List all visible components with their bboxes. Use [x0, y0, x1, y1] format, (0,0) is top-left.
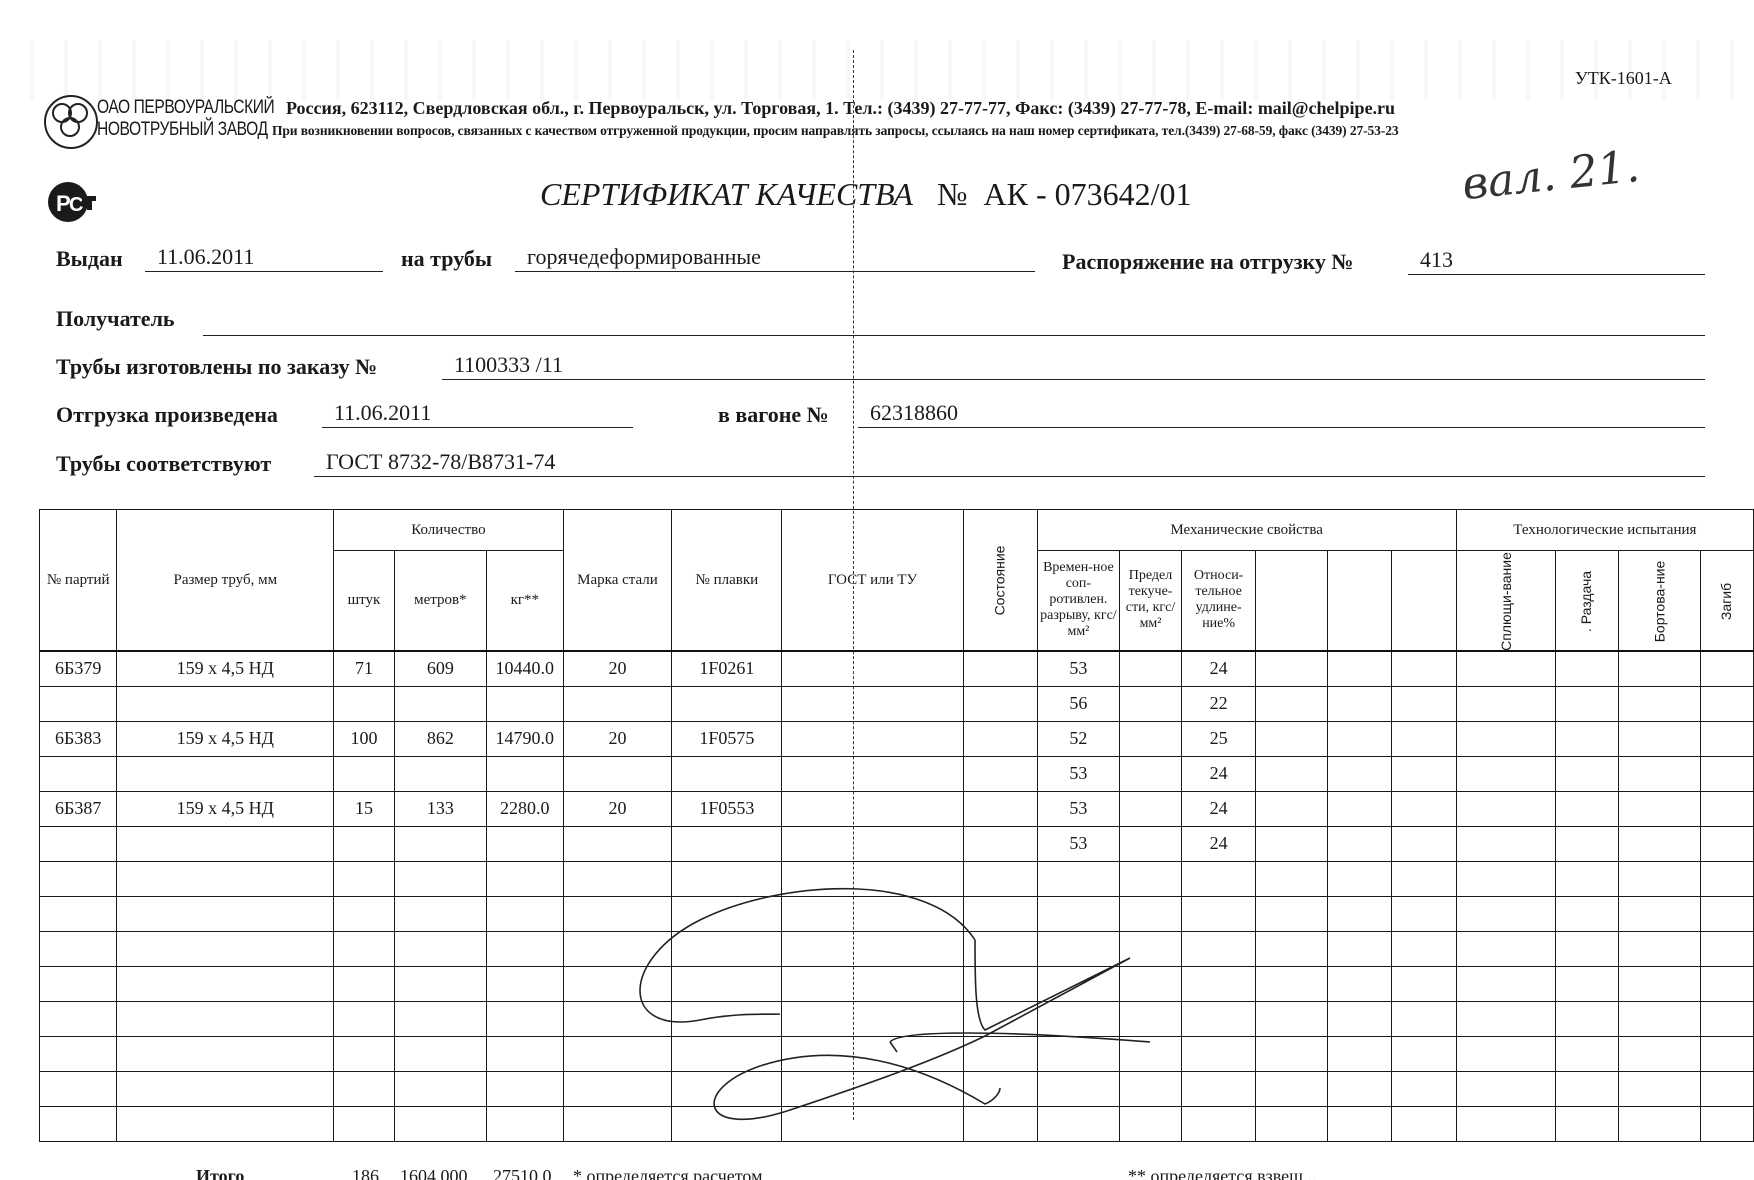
cell-size — [117, 1071, 334, 1106]
cell-yield — [1120, 721, 1182, 756]
cell-pieces — [334, 686, 394, 721]
certificate-title: СЕРТИФИКАТ КАЧЕСТВА № АК - 073642/01 — [540, 176, 1191, 213]
cell-tensile — [1037, 1071, 1120, 1106]
cell-pieces: 15 — [334, 791, 394, 826]
cell-kg — [486, 826, 563, 861]
cell-size: 159 х 4,5 НД — [117, 651, 334, 687]
cell-batch — [40, 1036, 117, 1071]
cell-m5 — [1328, 756, 1392, 791]
cell-kg — [486, 1106, 563, 1141]
cell-size — [117, 1001, 334, 1036]
cell-size: 159 х 4,5 НД — [117, 791, 334, 826]
cell-elongation: 24 — [1181, 791, 1256, 826]
cell-kg — [486, 756, 563, 791]
cell-t2 — [1556, 651, 1618, 687]
cell-t4 — [1701, 1036, 1754, 1071]
cell-meters — [394, 1106, 486, 1141]
cell-pieces: 71 — [334, 651, 394, 687]
cell-batch — [40, 686, 117, 721]
header-yield: Предел текуче-сти, кгс/мм² — [1120, 551, 1182, 651]
cell-t3 — [1618, 686, 1701, 721]
cell-m5 — [1328, 826, 1392, 861]
cell-pieces — [334, 756, 394, 791]
cell-tensile — [1037, 1106, 1120, 1141]
cell-m6 — [1391, 826, 1456, 861]
cell-heat — [672, 1106, 782, 1141]
totals-kg: 27510.0 — [493, 1166, 552, 1180]
cell-meters — [394, 1071, 486, 1106]
cell-m5 — [1328, 721, 1392, 756]
cell-t2 — [1556, 1001, 1618, 1036]
cell-batch: 6Б379 — [40, 651, 117, 687]
handwritten-note: вал. 21. — [1460, 141, 1642, 210]
cell-t2 — [1556, 861, 1618, 896]
cell-elongation: 24 — [1181, 651, 1256, 687]
cell-condition — [963, 721, 1037, 756]
certificate-number-sign: № — [937, 176, 968, 212]
cell-m5 — [1328, 791, 1392, 826]
cell-size — [117, 896, 334, 931]
cell-kg — [486, 1036, 563, 1071]
pipes-label: на трубы — [401, 246, 492, 272]
cell-kg — [486, 966, 563, 1001]
form-code: УТК-1601-А — [1575, 68, 1672, 89]
cell-m4 — [1256, 966, 1328, 1001]
cell-condition — [963, 651, 1037, 687]
cell-t4 — [1701, 966, 1754, 1001]
cell-heat — [672, 686, 782, 721]
cell-t3 — [1618, 896, 1701, 931]
cell-yield — [1120, 651, 1182, 687]
cell-t1 — [1456, 896, 1556, 931]
shipping-order-field[interactable]: 413 — [1408, 247, 1705, 275]
standard-field[interactable]: ГОСТ 8732-78/В8731-74 — [314, 449, 1705, 477]
cell-t1 — [1456, 651, 1556, 687]
cell-heat — [672, 896, 782, 931]
cell-pieces — [334, 896, 394, 931]
cell-kg — [486, 1001, 563, 1036]
cell-elongation: 24 — [1181, 756, 1256, 791]
cell-steel — [563, 1001, 672, 1036]
cell-yield — [1120, 931, 1182, 966]
cell-elongation: 22 — [1181, 686, 1256, 721]
cell-t1 — [1456, 686, 1556, 721]
rst-certification-icon: Р С — [38, 170, 98, 230]
scan-noise — [0, 40, 1754, 100]
table-row — [40, 861, 1754, 896]
cell-batch — [40, 826, 117, 861]
cell-condition — [963, 1001, 1037, 1036]
cell-gost — [782, 966, 963, 1001]
cell-condition — [963, 791, 1037, 826]
cell-m4 — [1256, 651, 1328, 687]
cell-elongation — [1181, 931, 1256, 966]
cell-t3 — [1618, 756, 1701, 791]
cell-condition — [963, 896, 1037, 931]
cell-m4 — [1256, 1001, 1328, 1036]
cell-heat: 1F0553 — [672, 791, 782, 826]
header-bending-label: Загиб — [1720, 583, 1735, 620]
cell-m6 — [1391, 1106, 1456, 1141]
cell-t4 — [1701, 791, 1754, 826]
cell-pieces — [334, 931, 394, 966]
header-mechanical: Механические свойства — [1037, 510, 1456, 551]
cell-elongation — [1181, 1071, 1256, 1106]
cell-heat — [672, 861, 782, 896]
cell-size — [117, 686, 334, 721]
cell-t1 — [1456, 721, 1556, 756]
header-gost: ГОСТ или ТУ — [782, 510, 963, 651]
cell-t2 — [1556, 931, 1618, 966]
cell-heat — [672, 1001, 782, 1036]
cell-steel — [563, 686, 672, 721]
cell-t2 — [1556, 826, 1618, 861]
cell-t4 — [1701, 861, 1754, 896]
cell-gost — [782, 721, 963, 756]
cell-elongation — [1181, 861, 1256, 896]
made-by-order-label: Трубы изготовлены по заказу № — [56, 354, 377, 380]
cell-steel: 20 — [563, 721, 672, 756]
cell-m6 — [1391, 756, 1456, 791]
certificate-number: АК - 073642/01 — [983, 176, 1191, 212]
cell-t1 — [1456, 1001, 1556, 1036]
cell-t1 — [1456, 861, 1556, 896]
header-batch: № партий — [40, 510, 117, 651]
cell-m5 — [1328, 686, 1392, 721]
cell-gost — [782, 651, 963, 687]
header-elongation: Относи-тельное удлине-ние% — [1181, 551, 1256, 651]
cell-heat: 1F0575 — [672, 721, 782, 756]
cell-steel — [563, 1071, 672, 1106]
recipient-field[interactable] — [203, 308, 1705, 336]
cell-elongation — [1181, 1001, 1256, 1036]
table-row — [40, 1106, 1754, 1141]
cell-tensile — [1037, 966, 1120, 1001]
footnote-weighed: ** определяется взвеш... — [1128, 1166, 1317, 1180]
cell-m4 — [1256, 791, 1328, 826]
cell-size — [117, 931, 334, 966]
footnote-calculated: * определяется расчетом — [573, 1166, 762, 1180]
cell-m6 — [1391, 1071, 1456, 1106]
header-expansion-label: . Раздача — [1580, 571, 1595, 632]
cell-yield — [1120, 1036, 1182, 1071]
cell-heat — [672, 1071, 782, 1106]
header-flanging: Бортова-ние — [1618, 551, 1701, 651]
table-body: 6Б379159 х 4,5 НД7160910440.0201F0261532… — [40, 651, 1754, 1142]
cell-m6 — [1391, 721, 1456, 756]
cell-kg: 14790.0 — [486, 721, 563, 756]
cell-m5 — [1328, 1036, 1392, 1071]
cell-batch — [40, 931, 117, 966]
fold-line — [853, 50, 854, 1120]
cell-batch — [40, 861, 117, 896]
cell-condition — [963, 1106, 1037, 1141]
cell-size — [117, 861, 334, 896]
cell-size — [117, 1106, 334, 1141]
cell-t2 — [1556, 791, 1618, 826]
cell-meters — [394, 826, 486, 861]
cell-size — [117, 756, 334, 791]
header-meters: метров* — [394, 551, 486, 651]
cell-t2 — [1556, 896, 1618, 931]
cell-m5 — [1328, 966, 1392, 1001]
cell-gost — [782, 896, 963, 931]
cell-meters — [394, 686, 486, 721]
cell-gost — [782, 826, 963, 861]
cell-steel — [563, 896, 672, 931]
header-pieces: штук — [334, 551, 394, 651]
cell-condition — [963, 756, 1037, 791]
header-kg: кг** — [486, 551, 563, 651]
cell-pieces — [334, 826, 394, 861]
cell-t3 — [1618, 651, 1701, 687]
table-row: 5622 — [40, 686, 1754, 721]
cell-elongation — [1181, 1036, 1256, 1071]
cell-kg — [486, 1071, 563, 1106]
cell-gost — [782, 1001, 963, 1036]
table-row: 5324 — [40, 826, 1754, 861]
cell-t4 — [1701, 1001, 1754, 1036]
shipping-order-label: Распоряжение на отгрузку № — [1062, 249, 1354, 275]
cell-t1 — [1456, 1071, 1556, 1106]
cell-m4 — [1256, 931, 1328, 966]
cell-t2 — [1556, 1071, 1618, 1106]
cell-m5 — [1328, 931, 1392, 966]
cell-gost — [782, 756, 963, 791]
cell-steel — [563, 1106, 672, 1141]
cell-meters — [394, 756, 486, 791]
header-row-1: № партий Размер труб, мм Количество Марк… — [40, 510, 1754, 551]
cell-pieces — [334, 966, 394, 1001]
cell-t4 — [1701, 686, 1754, 721]
cell-t1 — [1456, 931, 1556, 966]
cell-gost — [782, 791, 963, 826]
company-address: Россия, 623112, Свердловская обл., г. Пе… — [286, 98, 1395, 119]
cell-m4 — [1256, 1071, 1328, 1106]
table-row — [40, 966, 1754, 1001]
cell-heat: 1F0261 — [672, 651, 782, 687]
cell-t4 — [1701, 1106, 1754, 1141]
cell-heat — [672, 826, 782, 861]
cell-batch: 6Б387 — [40, 791, 117, 826]
pipes-type-field[interactable]: горячедеформированные — [515, 244, 1035, 272]
cell-pieces — [334, 1071, 394, 1106]
cell-gost — [782, 931, 963, 966]
company-name-line1: ОАО ПЕРВОУРАЛЬСКИЙ — [97, 97, 274, 119]
cell-t2 — [1556, 756, 1618, 791]
cell-m6 — [1391, 1001, 1456, 1036]
company-name: ОАО ПЕРВОУРАЛЬСКИЙ НОВОТРУБНЫЙ ЗАВОД — [97, 97, 274, 141]
cell-meters: 133 — [394, 791, 486, 826]
table-row — [40, 931, 1754, 966]
header-bending: Загиб — [1701, 551, 1754, 651]
shipped-date-field[interactable]: 11.06.2011 — [322, 400, 633, 428]
cell-yield — [1120, 1001, 1182, 1036]
header-heat: № плавки — [672, 510, 782, 651]
cell-t4 — [1701, 896, 1754, 931]
cell-condition — [963, 1071, 1037, 1106]
header-expansion: . Раздача — [1556, 551, 1618, 651]
cell-t1 — [1456, 966, 1556, 1001]
cell-heat — [672, 1036, 782, 1071]
cell-t3 — [1618, 861, 1701, 896]
cell-heat — [672, 931, 782, 966]
cell-yield — [1120, 791, 1182, 826]
cell-m4 — [1256, 1036, 1328, 1071]
cell-tensile — [1037, 896, 1120, 931]
cell-t3 — [1618, 966, 1701, 1001]
cell-steel — [563, 931, 672, 966]
cell-t3 — [1618, 1001, 1701, 1036]
company-name-line2: НОВОТРУБНЫЙ ЗАВОД — [97, 119, 274, 141]
cell-yield — [1120, 966, 1182, 1001]
cell-tensile — [1037, 1036, 1120, 1071]
cell-heat — [672, 756, 782, 791]
table-row: 6Б383159 х 4,5 НД10086214790.0201F057552… — [40, 721, 1754, 756]
cell-tensile: 53 — [1037, 651, 1120, 687]
header-steel: Марка стали — [563, 510, 672, 651]
cell-t1 — [1456, 1036, 1556, 1071]
cell-tensile: 53 — [1037, 756, 1120, 791]
cell-t2 — [1556, 686, 1618, 721]
header-condition: Состояние — [963, 510, 1037, 651]
header-technological: Технологические испытания — [1456, 510, 1753, 551]
cell-kg: 2280.0 — [486, 791, 563, 826]
cell-batch: 6Б383 — [40, 721, 117, 756]
cell-m5 — [1328, 1106, 1392, 1141]
cell-tensile — [1037, 861, 1120, 896]
cell-elongation: 25 — [1181, 721, 1256, 756]
cell-batch — [40, 896, 117, 931]
cell-m4 — [1256, 826, 1328, 861]
certificate-title-label: СЕРТИФИКАТ КАЧЕСТВА — [540, 176, 913, 212]
cell-batch — [40, 1001, 117, 1036]
cell-m4 — [1256, 861, 1328, 896]
cell-steel: 20 — [563, 791, 672, 826]
cell-m6 — [1391, 651, 1456, 687]
cell-m4 — [1256, 721, 1328, 756]
header-quantity: Количество — [334, 510, 563, 551]
header-condition-label: Состояние — [993, 546, 1008, 616]
cell-steel — [563, 1036, 672, 1071]
cell-tensile: 52 — [1037, 721, 1120, 756]
cell-m6 — [1391, 791, 1456, 826]
cell-t1 — [1456, 826, 1556, 861]
header-flattening-label: Сплющи-вание — [1499, 552, 1514, 651]
cell-m4 — [1256, 1106, 1328, 1141]
cell-batch — [40, 966, 117, 1001]
svg-text:С: С — [69, 194, 83, 216]
table-row: 5324 — [40, 756, 1754, 791]
header-size: Размер труб, мм — [117, 510, 334, 651]
cell-meters: 609 — [394, 651, 486, 687]
cell-m4 — [1256, 756, 1328, 791]
cell-meters: 862 — [394, 721, 486, 756]
made-by-order-field[interactable]: 1100333 /11 — [442, 352, 1705, 380]
cell-pieces — [334, 1001, 394, 1036]
cell-yield — [1120, 861, 1182, 896]
cell-pieces — [334, 1036, 394, 1071]
cell-yield — [1120, 1106, 1182, 1141]
table-row: 6Б387159 х 4,5 НД151332280.0201F05535324 — [40, 791, 1754, 826]
cell-t3 — [1618, 826, 1701, 861]
cell-yield — [1120, 1071, 1182, 1106]
cell-steel — [563, 826, 672, 861]
cell-condition — [963, 826, 1037, 861]
cell-meters — [394, 966, 486, 1001]
cell-condition — [963, 861, 1037, 896]
cell-m6 — [1391, 931, 1456, 966]
wagon-number-field[interactable]: 62318860 — [858, 400, 1705, 428]
cell-m6 — [1391, 1036, 1456, 1071]
cell-t4 — [1701, 931, 1754, 966]
cell-size — [117, 826, 334, 861]
table-row: 6Б379159 х 4,5 НД7160910440.0201F0261532… — [40, 651, 1754, 687]
cell-t3 — [1618, 791, 1701, 826]
cell-m5 — [1328, 651, 1392, 687]
table-row — [40, 1036, 1754, 1071]
recipient-label: Получатель — [56, 306, 175, 332]
totals-label: Итого — [196, 1166, 244, 1180]
cell-meters — [394, 931, 486, 966]
issued-date-field[interactable]: 11.06.2011 — [145, 244, 383, 272]
cell-elongation: 24 — [1181, 826, 1256, 861]
totals-meters: 1604.000 — [400, 1166, 468, 1180]
wagon-label: в вагоне № — [718, 402, 829, 428]
cell-kg — [486, 861, 563, 896]
cell-t4 — [1701, 1071, 1754, 1106]
table-row — [40, 1071, 1754, 1106]
cell-pieces — [334, 861, 394, 896]
cell-kg: 10440.0 — [486, 651, 563, 687]
cell-t4 — [1701, 826, 1754, 861]
cell-yield — [1120, 826, 1182, 861]
cell-meters — [394, 861, 486, 896]
cell-t3 — [1618, 931, 1701, 966]
cell-t3 — [1618, 1106, 1701, 1141]
cell-m6 — [1391, 861, 1456, 896]
cell-m5 — [1328, 861, 1392, 896]
shipped-label: Отгрузка произведена — [56, 402, 278, 428]
cell-m5 — [1328, 1071, 1392, 1106]
cell-batch — [40, 1071, 117, 1106]
cell-m6 — [1391, 896, 1456, 931]
cell-meters — [394, 1001, 486, 1036]
cell-m5 — [1328, 1001, 1392, 1036]
cell-kg — [486, 686, 563, 721]
cell-m4 — [1256, 686, 1328, 721]
cell-yield — [1120, 896, 1182, 931]
cell-condition — [963, 966, 1037, 1001]
cell-m6 — [1391, 966, 1456, 1001]
cell-steel: 20 — [563, 651, 672, 687]
cell-gost — [782, 1071, 963, 1106]
cell-tensile: 53 — [1037, 826, 1120, 861]
cell-tensile — [1037, 931, 1120, 966]
cell-elongation — [1181, 1106, 1256, 1141]
cell-yield — [1120, 756, 1182, 791]
cell-batch — [40, 1106, 117, 1141]
cell-elongation — [1181, 966, 1256, 1001]
cell-gost — [782, 1106, 963, 1141]
cell-t3 — [1618, 1036, 1701, 1071]
cell-size: 159 х 4,5 НД — [117, 721, 334, 756]
cell-heat — [672, 966, 782, 1001]
cell-t2 — [1556, 1106, 1618, 1141]
email-link[interactable]: mail@chelpipe.ru — [1258, 98, 1395, 118]
header-empty-2 — [1328, 551, 1392, 651]
cell-steel — [563, 756, 672, 791]
